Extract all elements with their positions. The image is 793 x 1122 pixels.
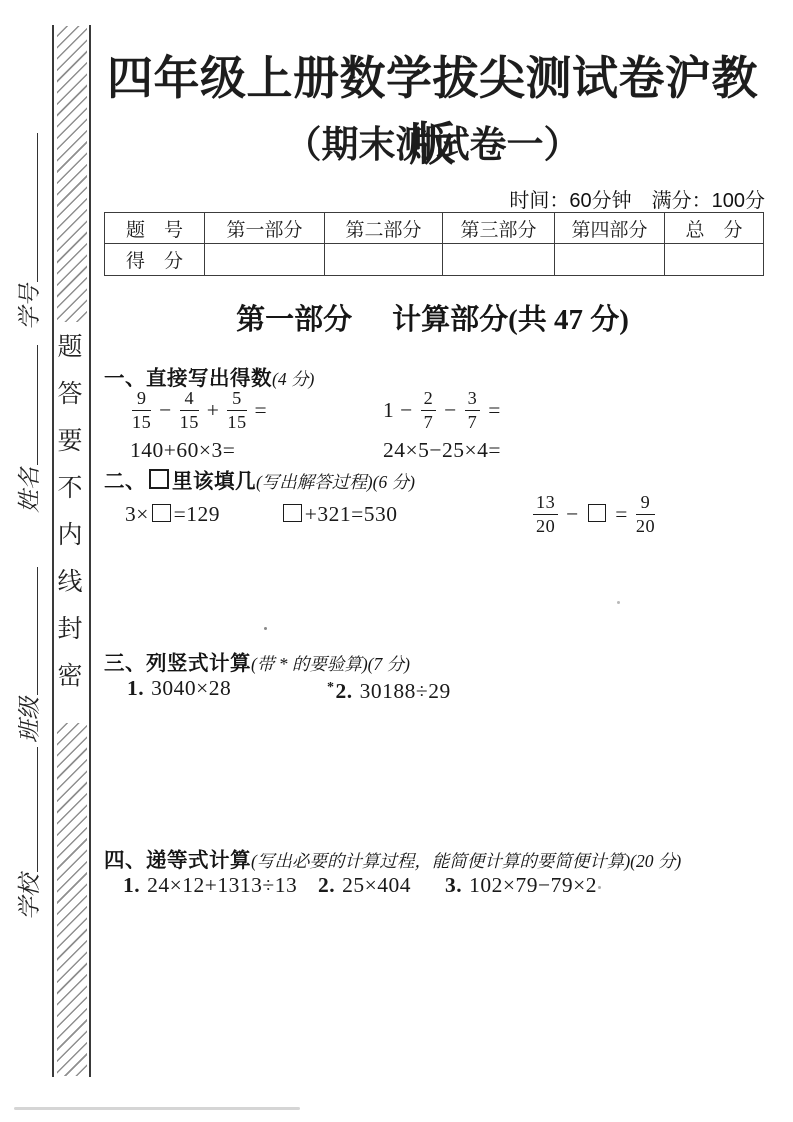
score-cell-part-2 (325, 244, 443, 276)
q4-item-2-expression: 25×404 (342, 873, 411, 897)
score-table-header-row: 题 号 第一部分 第二部分 第三部分 第四部分 总 分 (105, 213, 764, 244)
q4-item-3-number: 3. (445, 873, 462, 897)
question-2-header: 二、里该填几(写出解答过程)(6 分) (104, 464, 415, 494)
question-2-score: (6 分) (373, 472, 415, 492)
score-cell-part-1 (205, 244, 325, 276)
question-4-title: 四、递等式计算 (104, 849, 251, 872)
q3-item-2-expression: 30188÷29 (360, 679, 451, 703)
q4-item-1-expression: 24×12+1313÷13 (147, 873, 297, 897)
score-table-score-row: 得 分 (105, 244, 764, 276)
question-4-score: (20 分) (630, 851, 681, 871)
question-4-header: 四、递等式计算(写出必要的计算过程，能简便计算的要简便计算)(20 分) (104, 843, 681, 873)
q4-item-1-number: 1. (123, 873, 140, 897)
q2-expression-1: 3×=129 (125, 492, 220, 536)
q3-item-1: 1.3040×28 (127, 674, 231, 702)
class-label: 班级 (11, 697, 44, 743)
q2-expression-2: +321=530 (280, 492, 398, 536)
seal-label-class: 班级 (14, 567, 40, 743)
question-3-note: (带 * 的要验算) (251, 654, 368, 674)
section-heading-part-label: 第一部分 (236, 297, 352, 338)
name-blank-line (14, 345, 38, 465)
scan-speck (617, 601, 620, 604)
exam-meta: 时间：60分钟 满分：100分 (509, 184, 765, 213)
question-3-score: (7 分) (368, 654, 410, 674)
student-id-blank-line (14, 133, 38, 282)
page-subtitle: （期末测试卷一） (100, 114, 765, 168)
q1-expression-1: 915 − 415 + 515 = (130, 386, 267, 434)
col-header-total: 总 分 (665, 213, 764, 244)
score-cell-total (665, 244, 764, 276)
exam-page: 题 答 要 不 内 线 封 密 学号 姓名 班级 学校 四年级上册数学拔尖测试卷… (0, 0, 793, 1122)
q3-item-2: *2.30188÷29 (327, 674, 451, 702)
col-header-part-1: 第一部分 (205, 213, 325, 244)
student-id-label: 学号 (11, 284, 44, 330)
question-4-note: (写出必要的计算过程，能简便计算的要简便计算) (251, 851, 630, 871)
question-1-score: (4 分) (272, 369, 314, 389)
q3-item-1-expression: 3040×28 (151, 676, 231, 700)
col-header-part-2: 第二部分 (325, 213, 443, 244)
seal-hatch-top (57, 26, 87, 322)
class-blank-line (14, 567, 38, 695)
question-3-header: 三、列竖式计算(带 * 的要验算)(7 分) (104, 646, 410, 676)
question-3-title: 三、列竖式计算 (104, 652, 251, 675)
q4-item-3: 3.102×79−79×2 (445, 871, 597, 899)
scan-speck (598, 886, 601, 889)
section-heading-topic-label: 计算部分(共 47 分) (392, 297, 629, 338)
section-heading: 第一部分 计算部分(共 47 分) (100, 297, 765, 338)
seal-hatch-bottom (57, 723, 87, 1076)
name-label: 姓名 (11, 467, 44, 513)
seal-notice-text: 题 答 要 不 内 线 封 密 (50, 324, 90, 700)
q4-item-3-expression: 102×79−79×2 (469, 873, 597, 897)
score-row-label: 得 分 (105, 244, 205, 276)
q3-item-1-number: 1. (127, 676, 144, 700)
question-2-title: 二、里该填几 (104, 470, 256, 493)
q1-expression-2: 1 − 27 − 37 = (383, 386, 501, 434)
q4-item-1: 1.24×12+1313÷13 (123, 871, 297, 899)
q4-item-2-number: 2. (318, 873, 335, 897)
q4-item-2: 2.25×404 (318, 871, 411, 899)
q3-item-2-check-star: * (327, 680, 335, 695)
score-table: 题 号 第一部分 第二部分 第三部分 第四部分 总 分 得 分 (104, 212, 764, 276)
seal-label-name: 姓名 (14, 345, 40, 513)
col-header-question-number: 题 号 (105, 213, 205, 244)
school-label: 学校 (11, 874, 44, 920)
page-bottom-shadow (14, 1107, 300, 1110)
q1-expression-4: 24×5−25×4= (383, 437, 501, 463)
scan-speck (264, 627, 267, 630)
seal-label-student-id: 学号 (14, 133, 40, 330)
score-cell-part-4 (555, 244, 665, 276)
seal-label-school: 学校 (14, 747, 40, 920)
score-cell-part-3 (443, 244, 555, 276)
school-blank-line (14, 747, 38, 872)
q3-item-2-number: 2. (336, 679, 353, 703)
question-2-note: (写出解答过程) (256, 472, 373, 492)
col-header-part-3: 第三部分 (443, 213, 555, 244)
q1-expression-3: 140+60×3= (130, 437, 235, 463)
col-header-part-4: 第四部分 (555, 213, 665, 244)
q2-expression-3: 1320 − = 920 (531, 492, 657, 536)
